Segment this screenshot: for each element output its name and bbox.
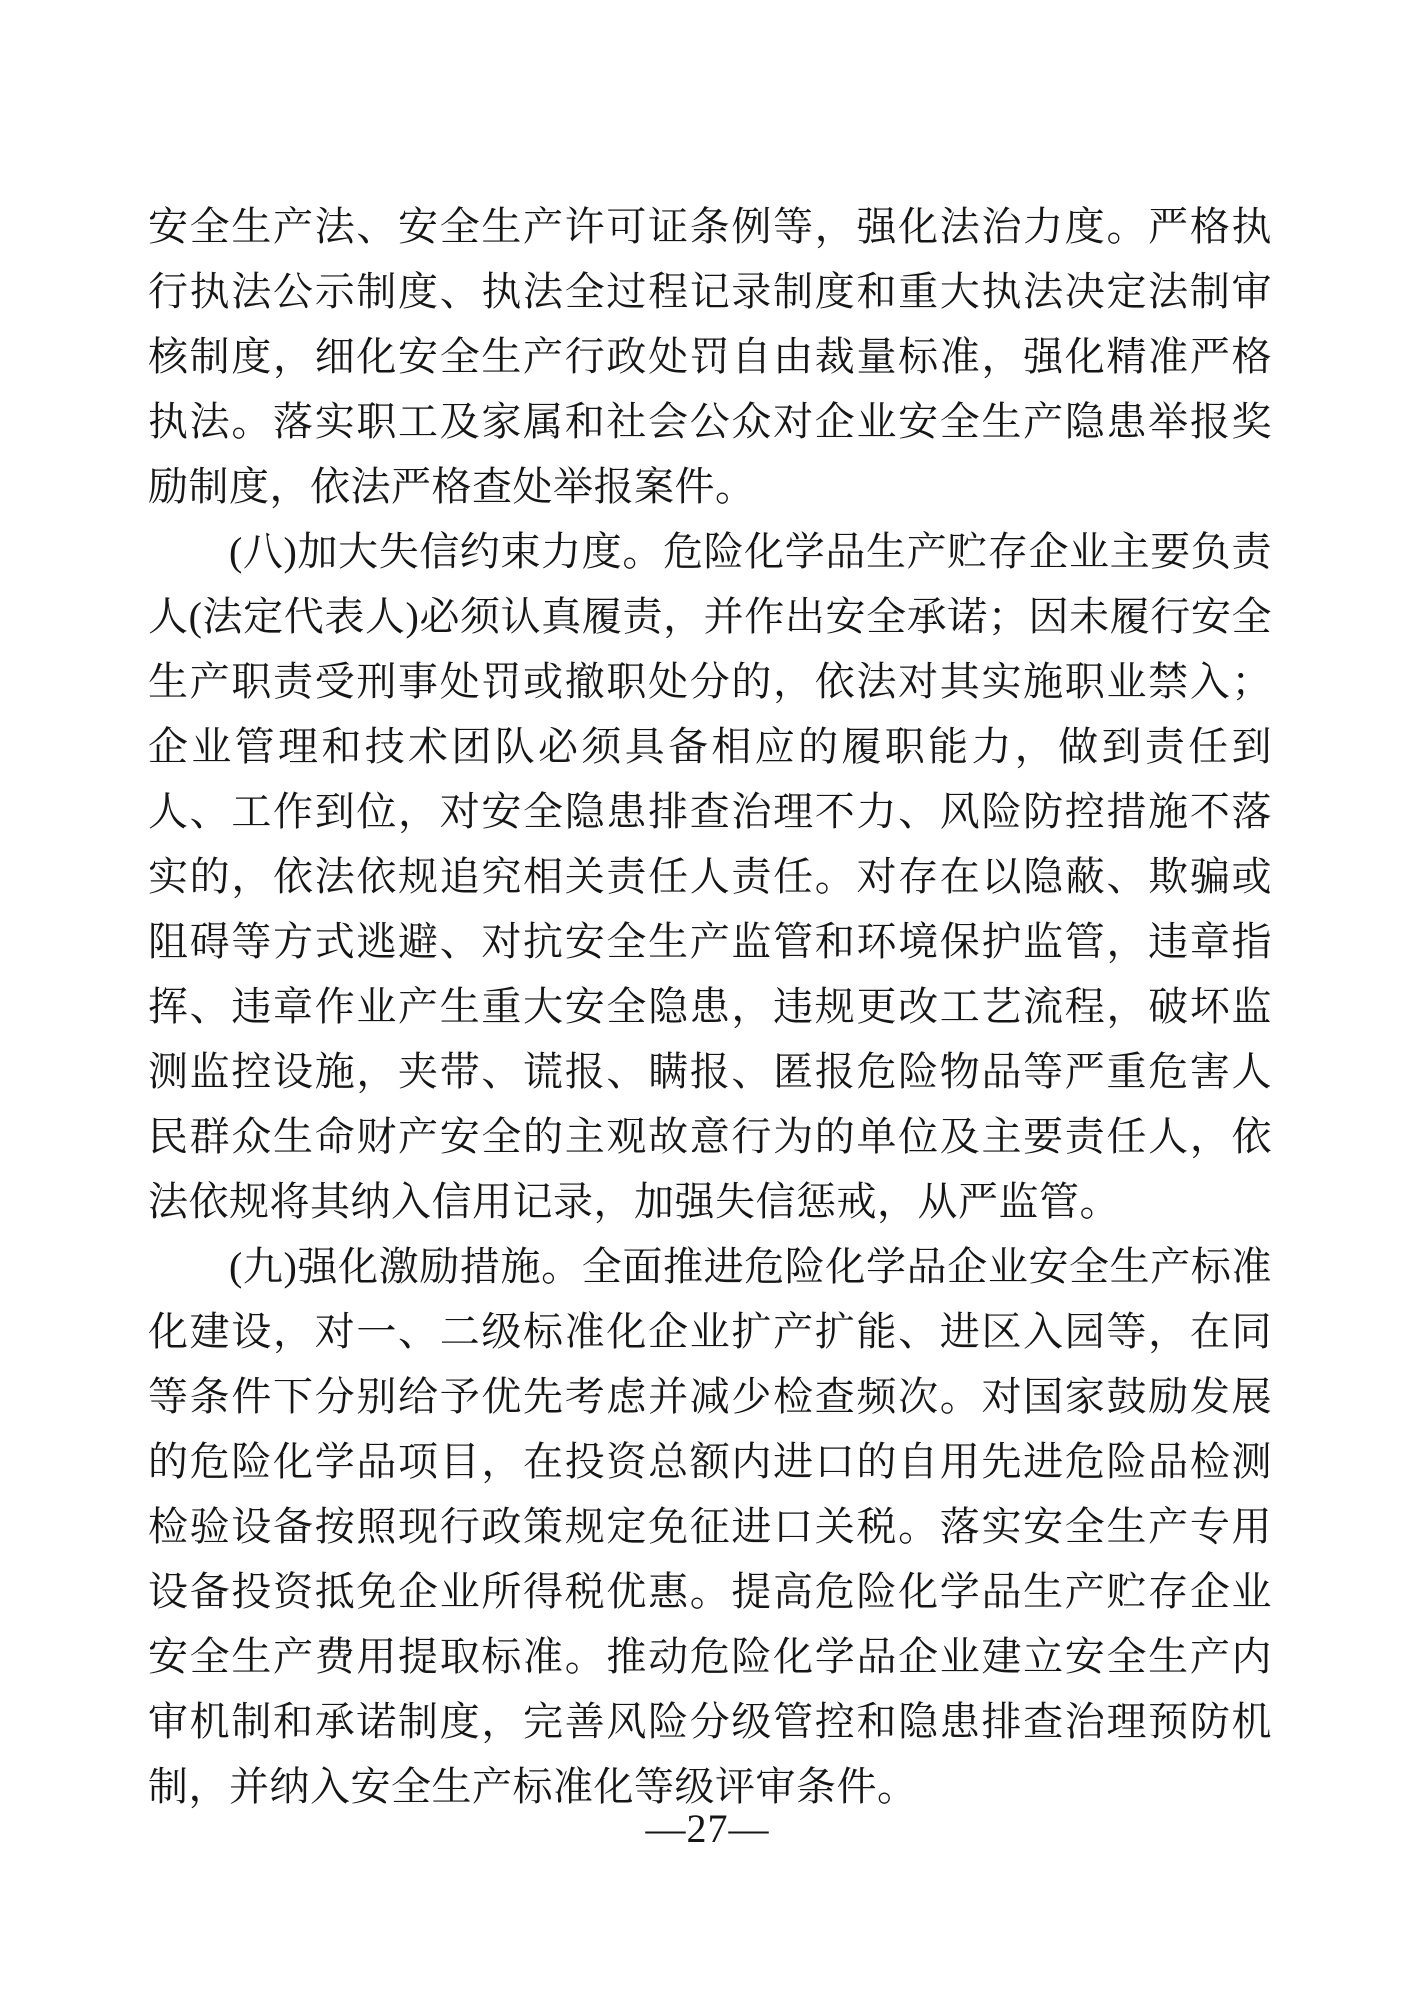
page-number: —27— <box>0 1806 1415 1852</box>
paragraph-continuation: 安全生产法、安全生产许可证条例等，强化法治力度。严格执行执法公示制度、执法全过程… <box>148 194 1272 519</box>
document-page: 安全生产法、安全生产许可证条例等，强化法治力度。严格执行执法公示制度、执法全过程… <box>0 0 1415 2000</box>
document-body: 安全生产法、安全生产许可证条例等，强化法治力度。严格执行执法公示制度、执法全过程… <box>148 194 1272 1819</box>
paragraph-item-nine: (九)强化激励措施。全面推进危险化学品企业安全生产标准化建设，对一、二级标准化企… <box>148 1234 1272 1819</box>
paragraph-item-eight: (八)加大失信约束力度。危险化学品生产贮存企业主要负责人(法定代表人)必须认真履… <box>148 519 1272 1234</box>
